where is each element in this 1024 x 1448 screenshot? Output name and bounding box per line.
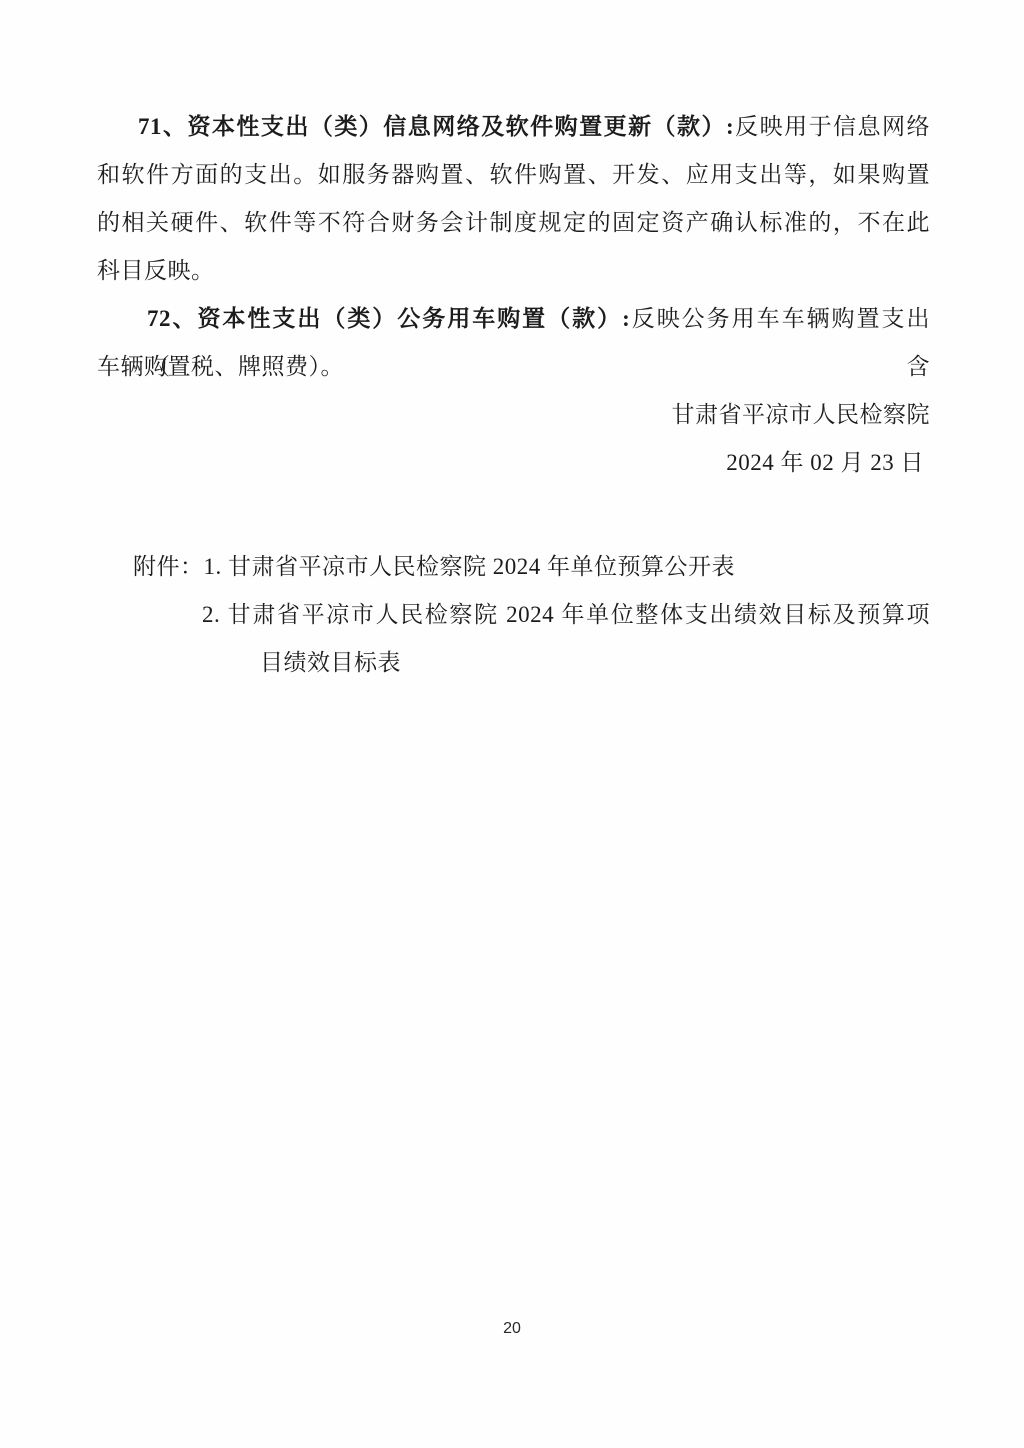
attachments-block: 附件：1. 甘肃省平凉市人民检察院 2024 年单位预算公开表 2. 甘肃省平凉… [97,543,930,687]
spacer [97,487,930,535]
para72-heading: 72、资本性支出（类）公务用车购置（款）: [147,306,630,331]
para71-heading: 71、资本性支出（类）信息网络及软件购置更新（款）: [138,114,734,139]
attachment-item-1: 附件：1. 甘肃省平凉市人民检察院 2024 年单位预算公开表 [97,543,930,591]
attachment-item-2-line1: 2. 甘肃省平凉市人民检察院 2024 年单位整体支出绩效目标及预算项 [97,591,930,639]
para71-line3: 的相关硬件、软件等不符合财务会计制度规定的固定资产确认标准的，不在此 [97,199,930,247]
para71-line1-rest: 反映用于信息网络 [734,114,930,139]
document-body: 71、资本性支出（类）信息网络及软件购置更新（款）:反映用于信息网络 和软件方面… [97,103,930,687]
para71-line1: 71、资本性支出（类）信息网络及软件购置更新（款）:反映用于信息网络 [97,103,930,151]
para71-line4: 科目反映。 [97,247,930,295]
signature-date: 2024 年 02 月 23 日 [97,439,930,487]
page-number: 20 [0,1317,1024,1341]
attachment-item-2-line2: 目绩效目标表 [97,639,930,687]
para71-line2: 和软件方面的支出。如服务器购置、软件购置、开发、应用支出等，如果购置 [97,151,930,199]
document-page: 71、资本性支出（类）信息网络及软件购置更新（款）:反映用于信息网络 和软件方面… [0,0,1024,1448]
signature-organization: 甘肃省平凉市人民检察院 [97,391,930,439]
para72-line1: 72、资本性支出（类）公务用车购置（款）:反映公务用车车辆购置支出（含 [97,295,930,343]
